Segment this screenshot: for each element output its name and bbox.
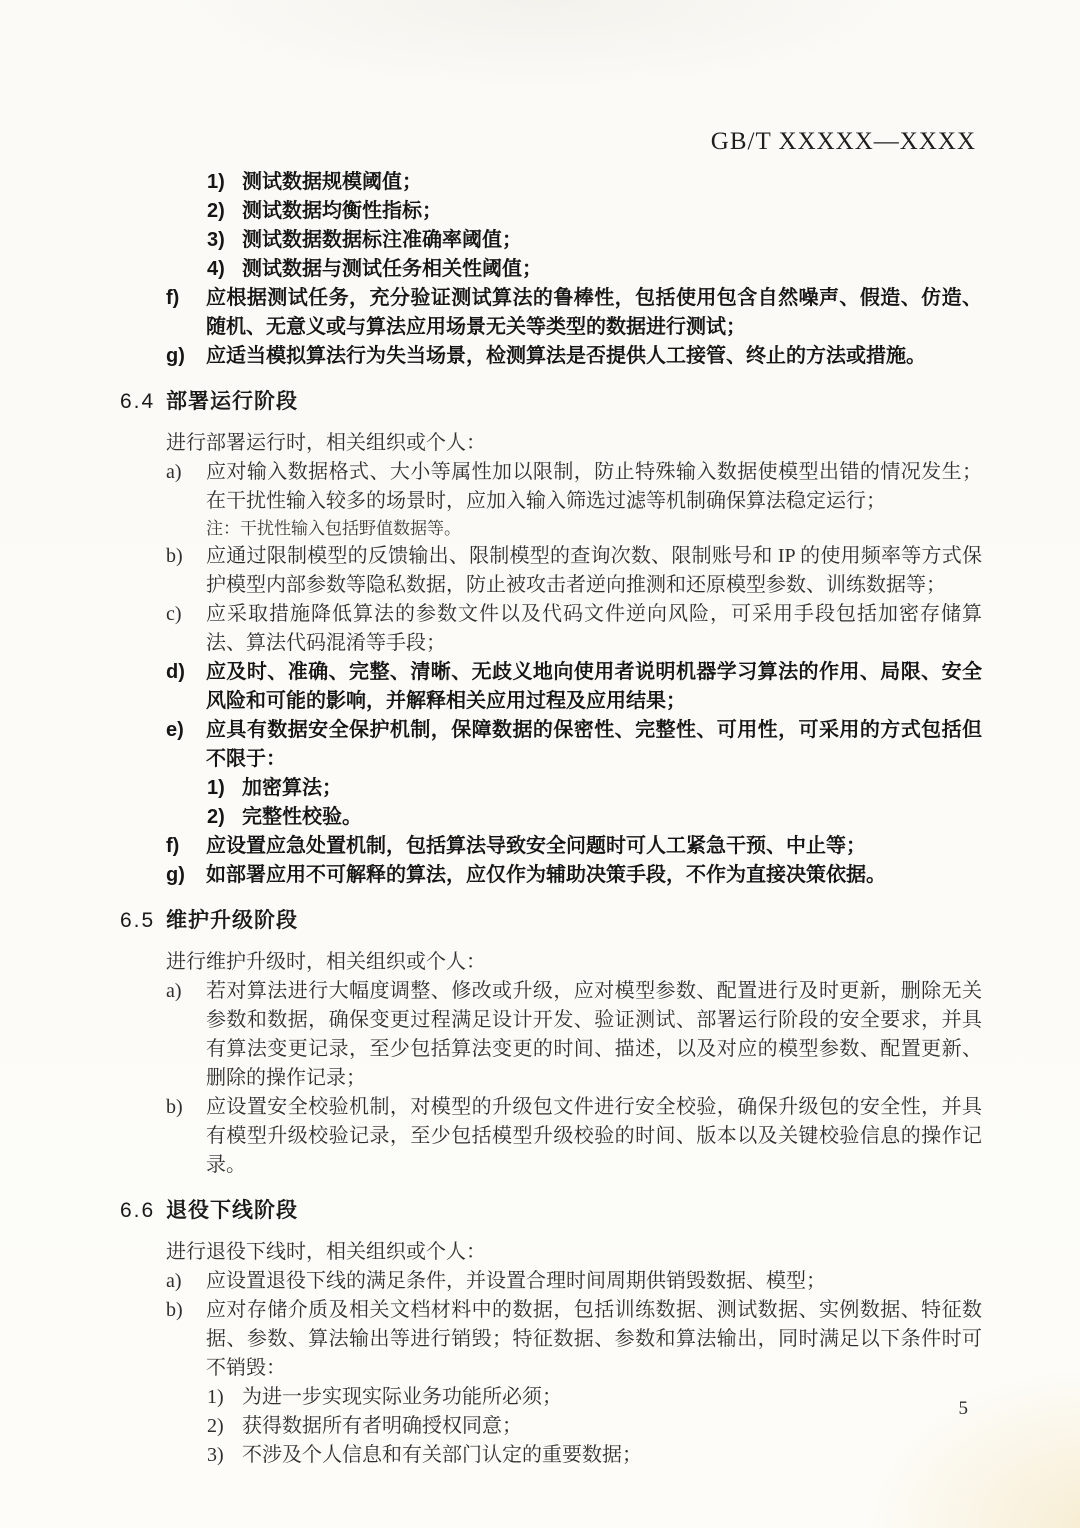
list-text: 应具有数据安全保护机制，保障数据的保密性、完整性、可用性，可采用的方式包括但不限… (206, 716, 982, 774)
list-text: 若对算法进行大幅度调整、修改或升级，应对模型参数、配置进行及时更新，删除无关参数… (206, 977, 982, 1093)
list-text: 应设置安全校验机制，对模型的升级包文件进行安全校验，确保升级包的安全性，并具有模… (206, 1093, 982, 1180)
numbered-item: 2)测试数据均衡性指标； (120, 197, 982, 226)
item-text: 测试数据规模阈值； (242, 168, 982, 197)
item-marker: 3) (207, 226, 242, 255)
list-marker: b) (166, 1296, 206, 1470)
list-item: b)应设置安全校验机制，对模型的升级包文件进行安全校验，确保升级包的安全性，并具… (120, 1093, 982, 1180)
list-marker: f) (166, 832, 206, 861)
list-text: 应通过限制模型的反馈输出、限制模型的查询次数、限制账号和 IP 的使用频率等方式… (206, 542, 982, 600)
document-content: 1)测试数据规模阈值；2)测试数据均衡性指标；3)测试数据数据标注准确率阈值；4… (120, 168, 982, 1470)
list-item-body: 如部署应用不可解释的算法，应仅作为辅助决策手段，不作为直接决策依据。 (206, 861, 982, 890)
numbered-item: 4)测试数据与测试任务相关性阈值； (120, 255, 982, 284)
sublist-marker: 1) (207, 1383, 242, 1412)
list-item: g)应适当模拟算法行为失当场景，检测算法是否提供人工接管、终止的方法或措施。 (120, 342, 982, 371)
sublist-marker: 2) (207, 803, 242, 832)
sublist-item: 3)不涉及个人信息和有关部门认定的重要数据； (206, 1441, 982, 1470)
section-heading: 6.5维护升级阶段 (120, 906, 982, 936)
doc-code-header: GB/T XXXXX—XXXX (711, 128, 976, 156)
list-marker: d) (166, 658, 206, 716)
sublist-item: 2)获得数据所有者明确授权同意； (206, 1412, 982, 1441)
list-marker: a) (166, 1267, 206, 1296)
lettered-list: a)应对输入数据格式、大小等属性加以限制，防止特殊输入数据使模型出错的情况发生；… (120, 458, 982, 890)
section-number: 6.6 (120, 1196, 166, 1226)
lettered-list: a)若对算法进行大幅度调整、修改或升级，应对模型参数、配置进行及时更新，删除无关… (120, 977, 982, 1180)
paragraph: 进行部署运行时，相关组织或个人： (166, 429, 982, 458)
list-text: 应对存储介质及相关文档材料中的数据，包括训练数据、测试数据、实例数据、特征数据、… (206, 1296, 982, 1383)
list-item-body: 应根据测试任务，充分验证测试算法的鲁棒性，包括使用包含自然噪声、假造、仿造、随机… (206, 284, 982, 342)
list-text: 应适当模拟算法行为失当场景，检测算法是否提供人工接管、终止的方法或措施。 (206, 342, 982, 371)
sublist-marker: 1) (207, 774, 242, 803)
list-marker: f) (166, 284, 206, 342)
item-marker: 4) (207, 255, 242, 284)
list-item: f)应根据测试任务，充分验证测试算法的鲁棒性，包括使用包含自然噪声、假造、仿造、… (120, 284, 982, 342)
list-marker: g) (166, 342, 206, 371)
list-item-body: 应设置应急处置机制，包括算法导致安全问题时可人工紧急干预、中止等； (206, 832, 982, 861)
list-item: b)应对存储介质及相关文档材料中的数据，包括训练数据、测试数据、实例数据、特征数… (120, 1296, 982, 1470)
list-item: d)应及时、准确、完整、清晰、无歧义地向使用者说明机器学习算法的作用、局限、安全… (120, 658, 982, 716)
sublist-text: 为进一步实现实际业务功能所必须； (242, 1383, 982, 1412)
list-item: g)如部署应用不可解释的算法，应仅作为辅助决策手段，不作为直接决策依据。 (120, 861, 982, 890)
section-number: 6.4 (120, 387, 166, 417)
section-number: 6.5 (120, 906, 166, 936)
list-item-body: 应具有数据安全保护机制，保障数据的保密性、完整性、可用性，可采用的方式包括但不限… (206, 716, 982, 832)
section-title: 维护升级阶段 (166, 906, 298, 936)
lettered-list: f)应根据测试任务，充分验证测试算法的鲁棒性，包括使用包含自然噪声、假造、仿造、… (120, 284, 982, 371)
paragraph: 进行维护升级时，相关组织或个人： (166, 948, 982, 977)
list-marker: b) (166, 1093, 206, 1180)
numbered-sublist: 1)加密算法；2)完整性校验。 (206, 774, 982, 832)
list-item: c)应采取措施降低算法的参数文件以及代码文件逆向风险，可采用手段包括加密存储算法… (120, 600, 982, 658)
list-text: 应及时、准确、完整、清晰、无歧义地向使用者说明机器学习算法的作用、局限、安全风险… (206, 658, 982, 716)
list-text: 应设置退役下线的满足条件，并设置合理时间周期供销毁数据、模型； (206, 1267, 982, 1296)
item-marker: 2) (207, 197, 242, 226)
list-item-body: 应设置退役下线的满足条件，并设置合理时间周期供销毁数据、模型； (206, 1267, 982, 1296)
list-item: f)应设置应急处置机制，包括算法导致安全问题时可人工紧急干预、中止等； (120, 832, 982, 861)
sublist-marker: 2) (207, 1412, 242, 1441)
numbered-sublist: 1)为进一步实现实际业务功能所必须；2)获得数据所有者明确授权同意；3)不涉及个… (206, 1383, 982, 1470)
sublist-text: 完整性校验。 (242, 803, 982, 832)
list-text: 如部署应用不可解释的算法，应仅作为辅助决策手段，不作为直接决策依据。 (206, 861, 982, 890)
list-item-body: 若对算法进行大幅度调整、修改或升级，应对模型参数、配置进行及时更新，删除无关参数… (206, 977, 982, 1093)
note-text: 注：干扰性输入包括野值数据等。 (206, 516, 982, 542)
list-marker: b) (166, 542, 206, 600)
list-item: a)应设置退役下线的满足条件，并设置合理时间周期供销毁数据、模型； (120, 1267, 982, 1296)
list-item-body: 应采取措施降低算法的参数文件以及代码文件逆向风险，可采用手段包括加密存储算法、算… (206, 600, 982, 658)
page-number: 5 (959, 1398, 969, 1420)
section-heading: 6.4部署运行阶段 (120, 387, 982, 417)
list-marker: a) (166, 458, 206, 542)
list-marker: c) (166, 600, 206, 658)
section-title: 退役下线阶段 (166, 1196, 298, 1226)
sublist-item: 1)加密算法； (206, 774, 982, 803)
list-item: a)应对输入数据格式、大小等属性加以限制，防止特殊输入数据使模型出错的情况发生；… (120, 458, 982, 542)
item-marker: 1) (207, 168, 242, 197)
numbered-item: 1)测试数据规模阈值； (120, 168, 982, 197)
list-item-body: 应对存储介质及相关文档材料中的数据，包括训练数据、测试数据、实例数据、特征数据、… (206, 1296, 982, 1470)
sublist-text: 不涉及个人信息和有关部门认定的重要数据； (242, 1441, 982, 1470)
numbered-item: 3)测试数据数据标注准确率阈值； (120, 226, 982, 255)
sublist-item: 1)为进一步实现实际业务功能所必须； (206, 1383, 982, 1412)
list-marker: g) (166, 861, 206, 890)
list-item-body: 应适当模拟算法行为失当场景，检测算法是否提供人工接管、终止的方法或措施。 (206, 342, 982, 371)
item-text: 测试数据与测试任务相关性阈值； (242, 255, 982, 284)
numbered-list: 1)测试数据规模阈值；2)测试数据均衡性指标；3)测试数据数据标注准确率阈值；4… (120, 168, 982, 284)
sublist-text: 加密算法； (242, 774, 982, 803)
list-item: e)应具有数据安全保护机制，保障数据的保密性、完整性、可用性，可采用的方式包括但… (120, 716, 982, 832)
list-text: 应根据测试任务，充分验证测试算法的鲁棒性，包括使用包含自然噪声、假造、仿造、随机… (206, 284, 982, 342)
list-item-body: 应设置安全校验机制，对模型的升级包文件进行安全校验，确保升级包的安全性，并具有模… (206, 1093, 982, 1180)
item-text: 测试数据数据标注准确率阈值； (242, 226, 982, 255)
list-item-body: 应及时、准确、完整、清晰、无歧义地向使用者说明机器学习算法的作用、局限、安全风险… (206, 658, 982, 716)
sublist-text: 获得数据所有者明确授权同意； (242, 1412, 982, 1441)
list-text: 应对输入数据格式、大小等属性加以限制，防止特殊输入数据使模型出错的情况发生；在干… (206, 458, 982, 516)
list-text: 应设置应急处置机制，包括算法导致安全问题时可人工紧急干预、中止等； (206, 832, 982, 861)
sublist-marker: 3) (207, 1441, 242, 1470)
list-marker: a) (166, 977, 206, 1093)
list-marker: e) (166, 716, 206, 832)
list-item-body: 应通过限制模型的反馈输出、限制模型的查询次数、限制账号和 IP 的使用频率等方式… (206, 542, 982, 600)
list-item: a)若对算法进行大幅度调整、修改或升级，应对模型参数、配置进行及时更新，删除无关… (120, 977, 982, 1093)
list-text: 应采取措施降低算法的参数文件以及代码文件逆向风险，可采用手段包括加密存储算法、算… (206, 600, 982, 658)
lettered-list: a)应设置退役下线的满足条件，并设置合理时间周期供销毁数据、模型；b)应对存储介… (120, 1267, 982, 1470)
item-text: 测试数据均衡性指标； (242, 197, 982, 226)
document-page: GB/T XXXXX—XXXX 1)测试数据规模阈值；2)测试数据均衡性指标；3… (0, 0, 1080, 1528)
section-heading: 6.6退役下线阶段 (120, 1196, 982, 1226)
paragraph: 进行退役下线时，相关组织或个人： (166, 1238, 982, 1267)
sublist-item: 2)完整性校验。 (206, 803, 982, 832)
list-item-body: 应对输入数据格式、大小等属性加以限制，防止特殊输入数据使模型出错的情况发生；在干… (206, 458, 982, 542)
section-title: 部署运行阶段 (166, 387, 298, 417)
list-item: b)应通过限制模型的反馈输出、限制模型的查询次数、限制账号和 IP 的使用频率等… (120, 542, 982, 600)
